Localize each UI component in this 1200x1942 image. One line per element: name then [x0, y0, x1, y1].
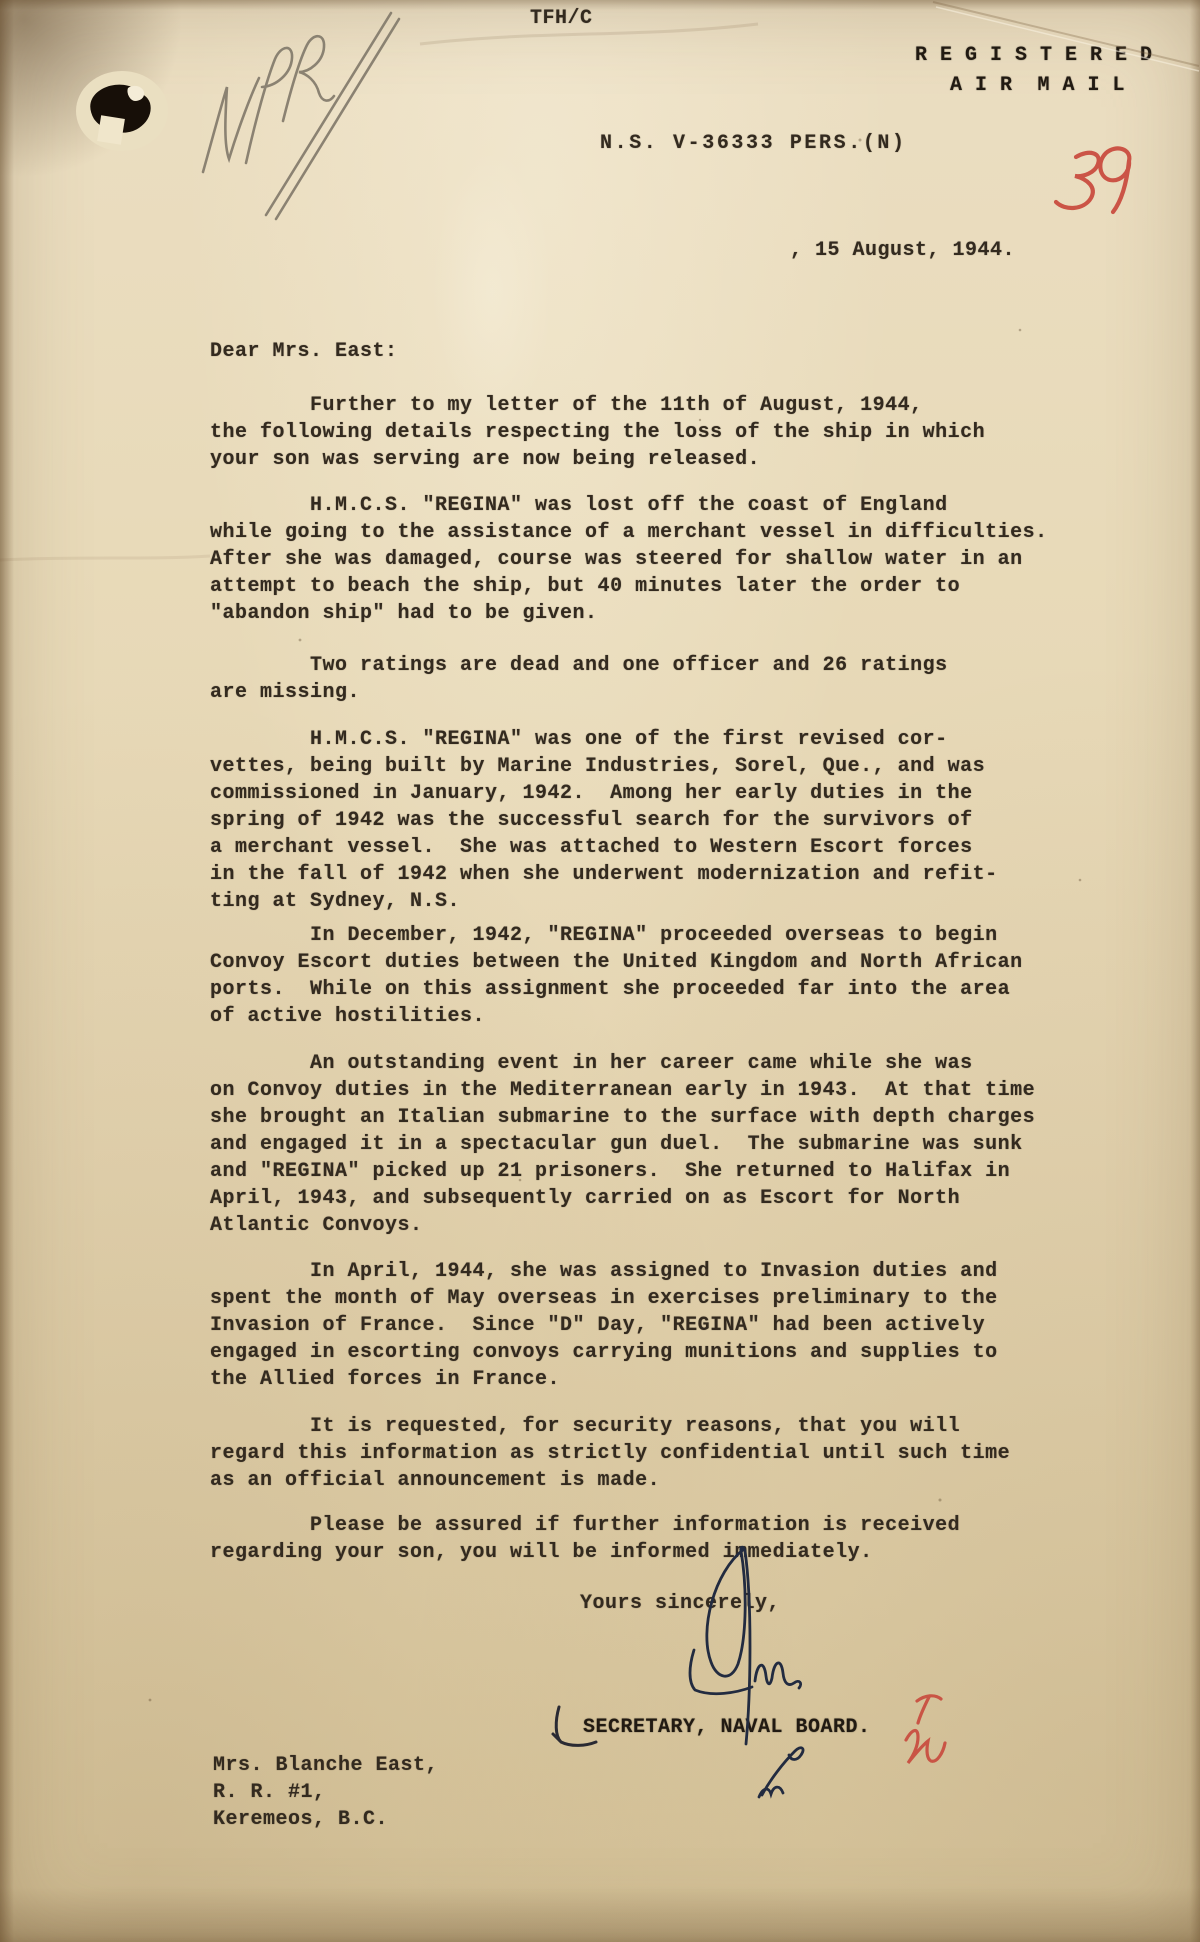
closing: Yours sincerely,: [580, 1590, 780, 1617]
paragraph-7: In April, 1944, she was assigned to Inva…: [210, 1258, 998, 1393]
file-number: N.S. V-36333 PERS.(N): [600, 130, 907, 157]
typist-reference: TFH/C: [530, 5, 593, 32]
red-reviewer-doodle: [906, 1696, 945, 1763]
paragraph-3: Two ratings are dead and one officer and…: [210, 652, 948, 706]
pencil-annotation-npr: [203, 13, 399, 219]
paragraph-6: An outstanding event in her career came …: [210, 1050, 1035, 1239]
date-line: , 15 August, 1944.: [790, 237, 1015, 264]
paragraph-9: Please be assured if further information…: [210, 1512, 960, 1566]
salutation: Dear Mrs. East:: [210, 338, 398, 365]
air-mail-stamp: A I R M A I L: [950, 72, 1125, 99]
paragraph-4: H.M.C.S. "REGINA" was one of the first r…: [210, 726, 998, 915]
paragraph-2: H.M.C.S. "REGINA" was lost off the coast…: [210, 492, 1048, 627]
signature: [690, 1547, 803, 1797]
recipient-city: Keremeos, B.C.: [213, 1806, 388, 1833]
paragraph-5: In December, 1942, "REGINA" proceeded ov…: [210, 922, 1023, 1030]
paragraph-8: It is requested, for security reasons, t…: [210, 1413, 1010, 1494]
recipient-name: Mrs. Blanche East,: [213, 1752, 438, 1779]
recipient-street: R. R. #1,: [213, 1779, 326, 1806]
letter-page: TFH/C R E G I S T E R E D A I R M A I L …: [0, 0, 1200, 1942]
punch-hole: [76, 71, 168, 151]
page-number-39: [1056, 148, 1129, 212]
registered-stamp: R E G I S T E R E D: [915, 42, 1153, 69]
paragraph-1: Further to my letter of the 11th of Augu…: [210, 392, 985, 473]
signature-block-title: SECRETARY, NAVAL BOARD.: [583, 1714, 871, 1741]
